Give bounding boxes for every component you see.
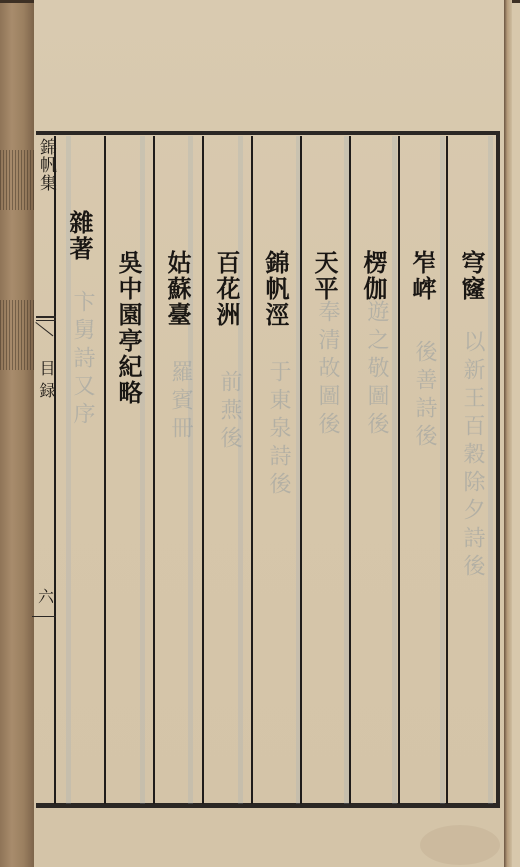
fishtail-mark bbox=[36, 320, 56, 321]
frame-right-border bbox=[496, 131, 500, 808]
ghost-rule bbox=[488, 136, 493, 804]
ghost-rule bbox=[188, 136, 193, 804]
spine-fray-marks bbox=[0, 150, 34, 210]
toc-entry: 天平 bbox=[309, 250, 339, 302]
bleed-through-text: 以新王百穀除夕詩後 bbox=[458, 330, 486, 582]
page-right-edge bbox=[504, 0, 512, 867]
column-rule bbox=[446, 136, 448, 804]
page-number: 六 bbox=[36, 584, 56, 607]
bleed-through-text: 于東泉詩後 bbox=[264, 360, 292, 500]
ghost-rule bbox=[392, 136, 397, 804]
column-rule bbox=[104, 136, 106, 804]
column-rule bbox=[153, 136, 155, 804]
fishtail-mark bbox=[36, 316, 56, 318]
book-spine bbox=[0, 0, 34, 867]
toc-entry: 岝㟉 bbox=[407, 250, 437, 302]
frame-top-border bbox=[36, 131, 499, 135]
bleed-through-text: 羅賓冊 bbox=[166, 360, 194, 444]
toc-entry: 吳中園亭紀略 bbox=[113, 250, 143, 406]
book-title: 錦帆集 bbox=[36, 138, 56, 192]
toc-entry: 雜著 bbox=[64, 210, 94, 262]
column-rule bbox=[349, 136, 351, 804]
column-rule bbox=[202, 136, 204, 804]
bleed-through-text: 遊之敬圖後 bbox=[362, 300, 390, 440]
column-rule bbox=[251, 136, 253, 804]
column-rule bbox=[54, 136, 56, 804]
ghost-rule bbox=[140, 136, 145, 804]
ghost-rule bbox=[238, 136, 243, 804]
spine-fray-marks bbox=[0, 300, 34, 370]
toc-entry: 姑蘇臺 bbox=[162, 250, 192, 328]
toc-entry: 錦帆涇 bbox=[260, 250, 290, 328]
section-label: 目録 bbox=[36, 360, 56, 404]
column-rule bbox=[300, 136, 302, 804]
toc-entry: 百花洲 bbox=[211, 250, 241, 328]
bleed-through-text: 後善詩後 bbox=[410, 340, 438, 452]
bleed-through-text: 前燕後 bbox=[215, 370, 243, 454]
toc-entry: 楞伽 bbox=[358, 250, 388, 302]
paper-stain bbox=[420, 825, 500, 865]
bleed-through-text: 奉清故圖後 bbox=[313, 300, 341, 440]
toc-entry: 穹窿 bbox=[456, 250, 486, 302]
bleed-through-text: 卞舅詩又序 bbox=[68, 290, 96, 430]
page-number-rule bbox=[32, 616, 56, 617]
ghost-rule bbox=[440, 136, 445, 804]
column-rule bbox=[398, 136, 400, 804]
